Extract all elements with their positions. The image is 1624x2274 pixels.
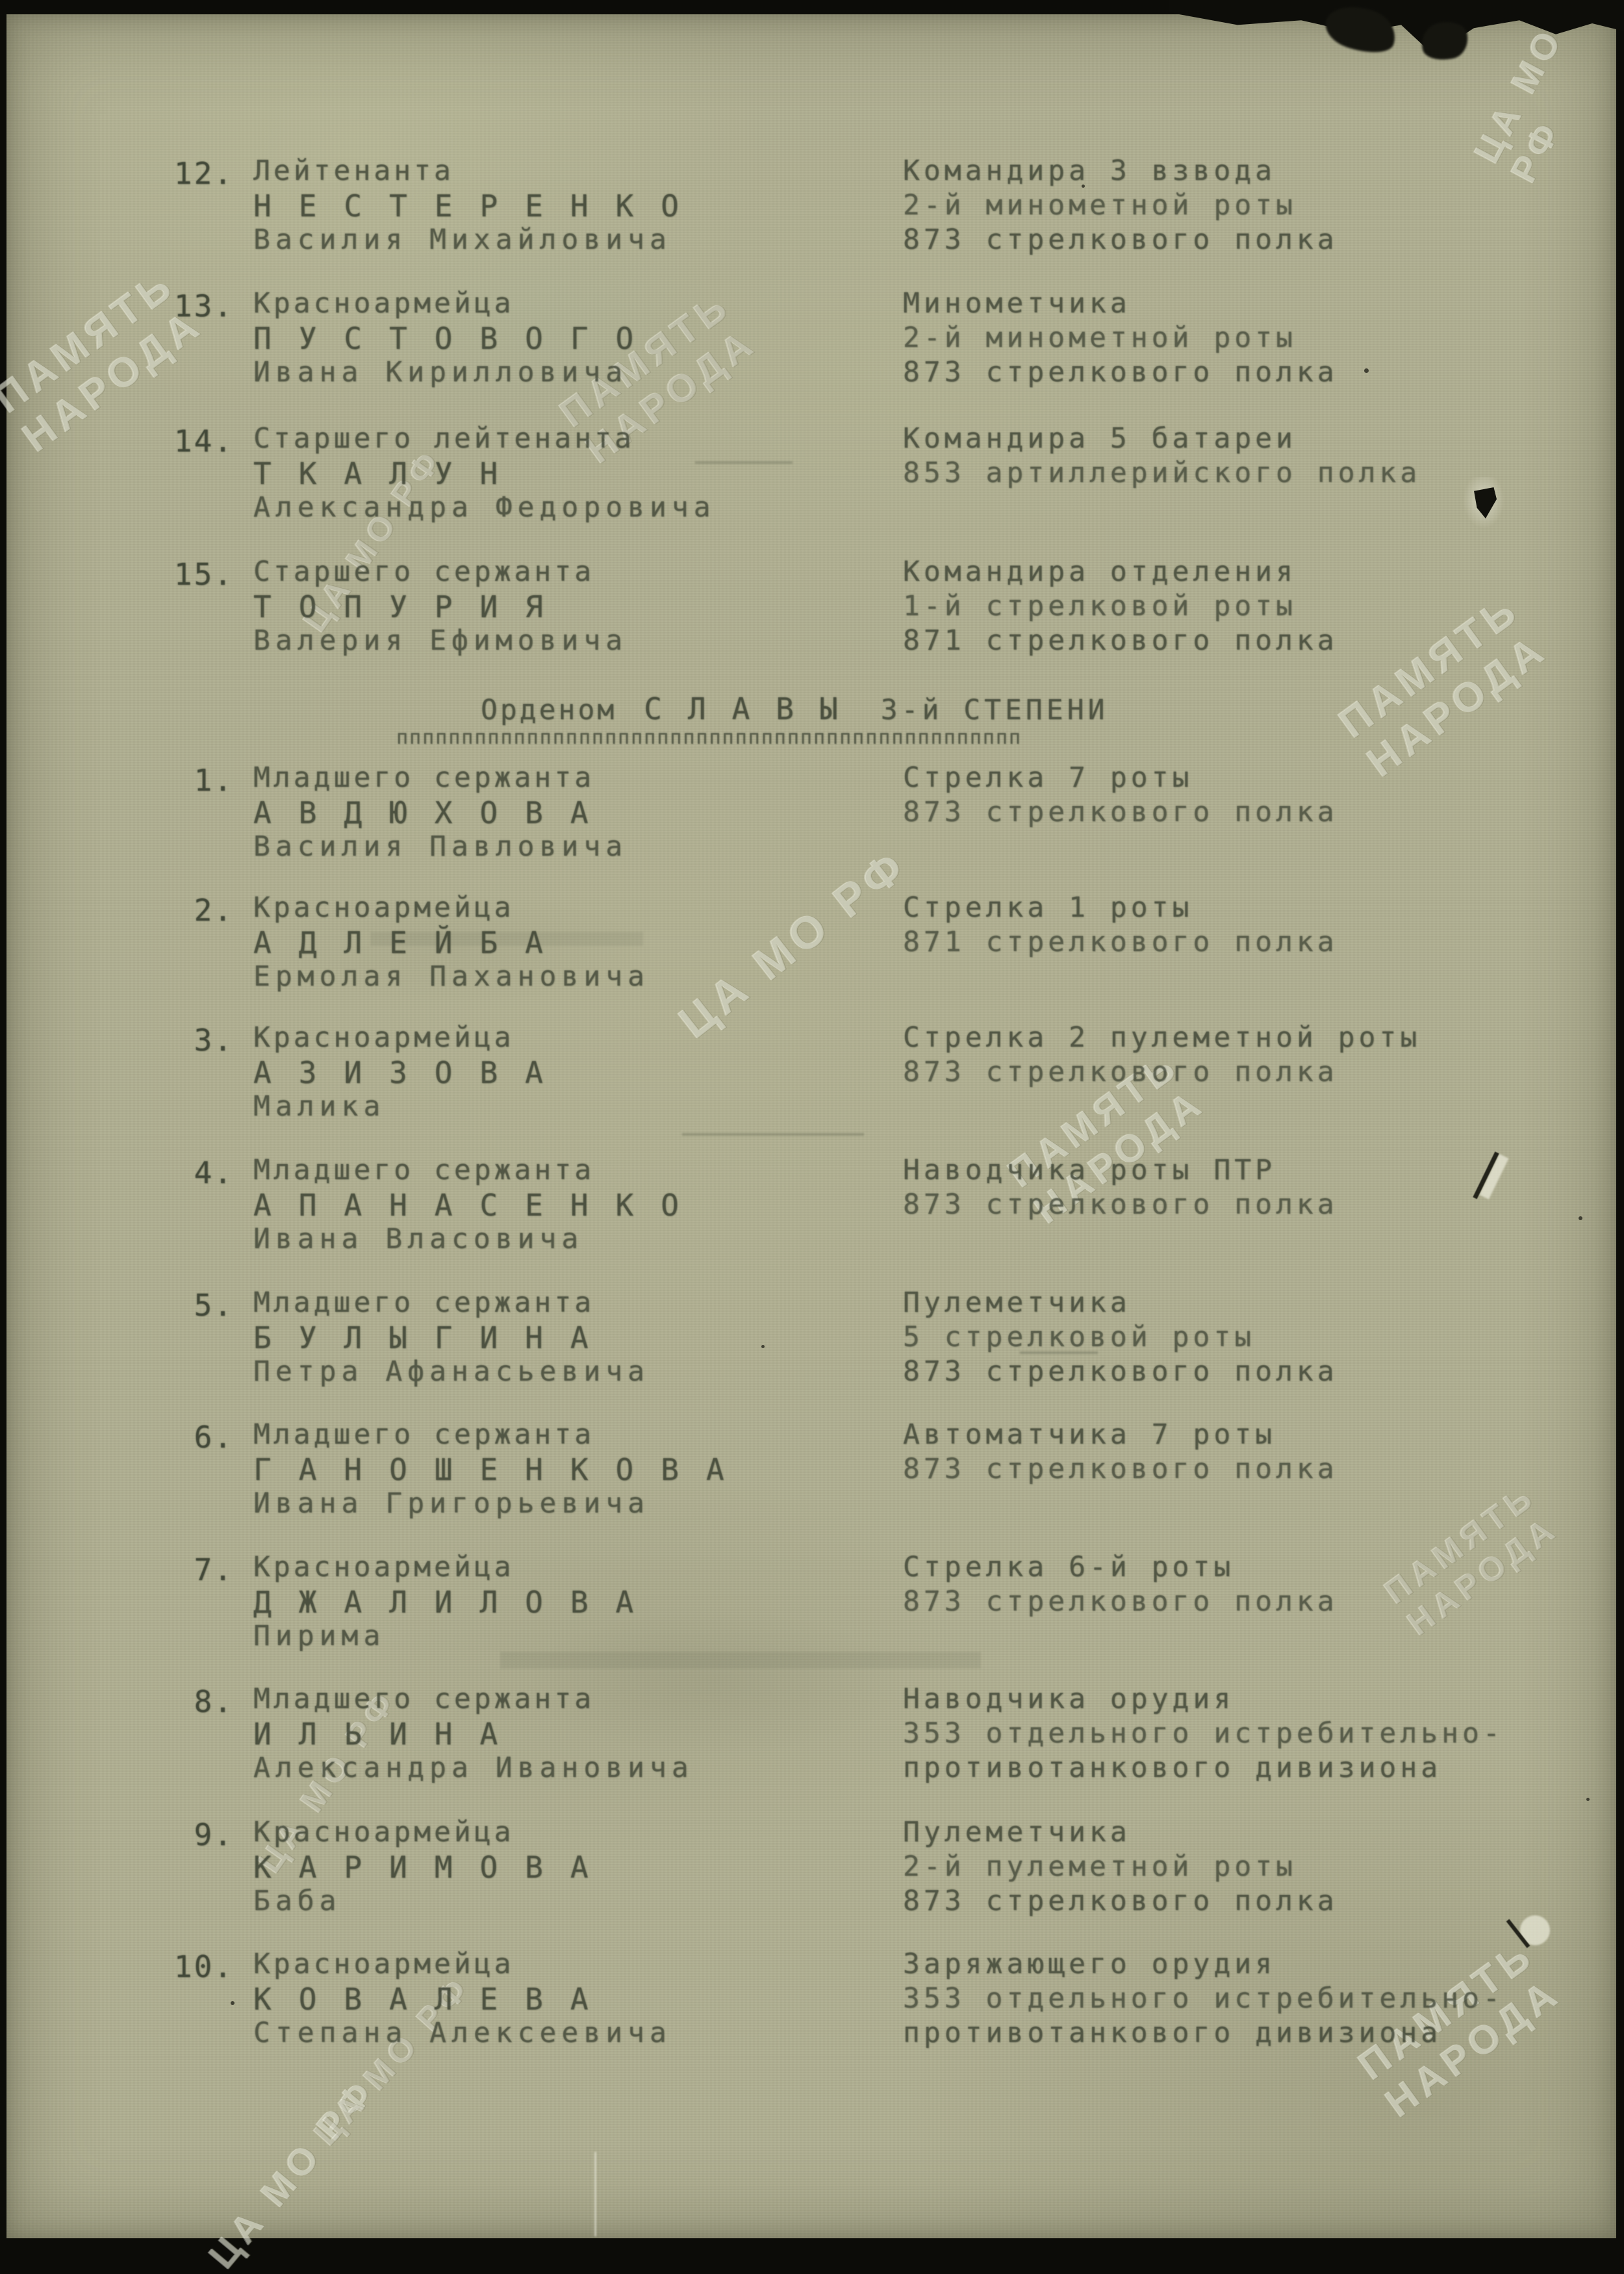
entry-rank: Младшего сержанта <box>253 761 628 795</box>
entry-position: Автоматчика 7 роты873 стрелкового полка <box>903 1418 1338 1487</box>
entry-recipient: Старшего сержанта ТОПУРИЯ Валерия Ефимов… <box>253 556 628 657</box>
entry-number: 7. <box>110 1552 234 1587</box>
award-entry: 1. Младшего сержанта АВДЮХОВА Василия Па… <box>6 761 1614 891</box>
position-line: Автоматчика 7 роты <box>903 1418 1338 1453</box>
entry-given-patronymic: Пирима <box>253 1620 661 1652</box>
position-line: 873 стрелкового полка <box>903 1453 1338 1487</box>
scanned-document: ЦА МО РФ ПАМЯТЬ НАРОДА ПАМЯТЬ НАРОДА ЦА … <box>0 0 1624 2274</box>
entry-given-patronymic: Петра Афанасьевича <box>253 1355 650 1388</box>
entry-number: 13. <box>110 288 234 324</box>
entry-given-patronymic: Ермолая Пахановича <box>253 960 650 993</box>
position-line: 353 отдельного истребительно- <box>903 1982 1504 2017</box>
paper-crease <box>594 2152 596 2236</box>
award-entry: 8. Младшего сержанта ИЛЬИНА Александра И… <box>6 1683 1614 1813</box>
entry-surname: НЕСТЕРЕНКО <box>253 188 706 224</box>
entry-recipient: Лейтенанта НЕСТЕРЕНКО Василия Михайлович… <box>253 155 706 256</box>
entry-number: 6. <box>110 1420 234 1455</box>
entry-position: Командира отделения1-й стрелковой роты87… <box>903 556 1338 659</box>
entry-position: Заряжающего орудия353 отдельного истреби… <box>903 1948 1504 2051</box>
position-line: 871 стрелкового полка <box>903 624 1338 659</box>
entry-rank: Красноармейца <box>253 1551 661 1585</box>
entry-rank: Красноармейца <box>253 891 650 925</box>
position-line: 873 стрелкового полка <box>903 1585 1338 1620</box>
position-line: Стрелка 7 роты <box>903 761 1338 796</box>
position-line: 853 артиллерийского полка <box>903 457 1421 491</box>
position-line: 1-й стрелковой роты <box>903 590 1338 624</box>
position-line: Командира отделения <box>903 556 1338 590</box>
entry-given-patronymic: Степана Алексеевича <box>253 2017 672 2049</box>
position-line: 873 стрелкового полка <box>903 1885 1338 1919</box>
watermark-archive: ЦА МО РФ <box>201 2070 385 2274</box>
award-entry: 4. Младшего сержанта АПАНАСЕНКО Ивана Вл… <box>6 1154 1614 1284</box>
entry-position: Пулеметчика5 стрелковой роты873 стрелков… <box>903 1286 1338 1390</box>
entry-rank: Старшего сержанта <box>253 556 628 589</box>
position-line: Заряжающего орудия <box>903 1948 1504 1982</box>
entry-recipient: Младшего сержанта АВДЮХОВА Василия Павло… <box>253 761 628 863</box>
entry-surname: АВДЮХОВА <box>253 795 628 830</box>
entry-given-patronymic: Александра Ивановича <box>253 1752 694 1784</box>
award-entry: 13. Красноармейца ПУСТОВОГО Ивана Кирилл… <box>6 287 1614 417</box>
entry-surname: ТОПУРИЯ <box>253 589 628 624</box>
entry-given-patronymic: Ивана Григорьевича <box>253 1487 752 1520</box>
entry-number: 9. <box>110 1817 234 1852</box>
document-page: ЦА МО РФ ПАМЯТЬ НАРОДА ПАМЯТЬ НАРОДА ЦА … <box>6 14 1616 2238</box>
entry-surname: ДЖАЛИЛОВА <box>253 1585 661 1620</box>
entry-given-patronymic: Василия Михайловича <box>253 224 706 256</box>
entry-number: 3. <box>110 1023 234 1058</box>
entry-position: Стрелка 7 роты873 стрелкового полка <box>903 761 1338 830</box>
award-header-underline: пппппппппппппппппппппппппппппппппппппппп… <box>396 726 1022 749</box>
position-line: Командира 3 взвода <box>903 155 1338 189</box>
entry-rank: Красноармейца <box>253 1816 616 1850</box>
position-line: Пулеметчика <box>903 1286 1338 1321</box>
entry-rank: Красноармейца <box>253 287 661 321</box>
position-line: 873 стрелкового полка <box>903 1056 1421 1090</box>
award-entry: 9. Красноармейца КАРИМОВА Баба Пулеметчи… <box>6 1816 1614 1946</box>
entry-number: 5. <box>110 1288 234 1323</box>
position-line: Стрелка 2 пулеметной роты <box>903 1021 1421 1056</box>
award-entry: 12. Лейтенанта НЕСТЕРЕНКО Василия Михайл… <box>6 155 1614 285</box>
entry-rank: Младшего сержанта <box>253 1418 752 1452</box>
entry-position: Стрелка 2 пулеметной роты873 стрелкового… <box>903 1021 1421 1090</box>
entry-number: 2. <box>110 893 234 928</box>
award-header-name: СЛАВЫ <box>644 691 863 726</box>
entry-given-patronymic: Ивана Власовича <box>253 1223 706 1255</box>
entry-surname: КАРИМОВА <box>253 1850 616 1885</box>
entry-given-patronymic: Баба <box>253 1885 616 1917</box>
entry-surname: АПАНАСЕНКО <box>253 1188 706 1223</box>
award-entry: 15. Старшего сержанта ТОПУРИЯ Валерия Еф… <box>6 556 1614 685</box>
award-entry: 5. Младшего сержанта БУЛЫГИНА Петра Афан… <box>6 1286 1614 1416</box>
position-line: 873 стрелкового полка <box>903 1188 1338 1223</box>
entry-given-patronymic: Валерия Ефимовича <box>253 624 628 657</box>
position-line: Стрелка 6-й роты <box>903 1551 1338 1585</box>
entry-position: Наводчика орудия353 отдельного истребите… <box>903 1683 1504 1786</box>
position-line: 873 стрелкового полка <box>903 224 1338 258</box>
entry-recipient: Красноармейца ПУСТОВОГО Ивана Кириллович… <box>253 287 661 389</box>
entry-surname: ГАНОШЕНКОВА <box>253 1452 752 1487</box>
entry-surname: КОВАЛЕВА <box>253 1982 672 2017</box>
entry-position: Наводчика роты ПТР873 стрелкового полка <box>903 1154 1338 1223</box>
position-line: Наводчика роты ПТР <box>903 1154 1338 1188</box>
position-line: 2-й пулеметной роты <box>903 1850 1338 1885</box>
position-line: 871 стрелкового полка <box>903 926 1338 960</box>
entry-rank: Младшего сержанта <box>253 1154 706 1188</box>
entry-surname: БУЛЫГИНА <box>253 1320 650 1355</box>
entry-surname: ТКАЛУН <box>253 456 716 491</box>
entry-recipient: Красноармейца ДЖАЛИЛОВА Пирима <box>253 1551 661 1652</box>
position-line: противотанкового дивизиона <box>903 1752 1504 1786</box>
position-line: Минометчика <box>903 287 1338 322</box>
position-line: Наводчика орудия <box>903 1683 1504 1717</box>
entry-number: 14. <box>110 424 234 459</box>
entry-recipient: Старшего лейтенанта ТКАЛУН Александра Фе… <box>253 422 716 524</box>
entry-rank: Красноармейца <box>253 1021 570 1055</box>
entry-number: 4. <box>110 1155 234 1190</box>
entry-surname: ПУСТОВОГО <box>253 321 661 356</box>
entry-number: 1. <box>110 763 234 798</box>
entry-number: 10. <box>110 1949 234 1984</box>
entry-number: 8. <box>110 1684 234 1719</box>
position-line: 873 стрелкового полка <box>903 796 1338 830</box>
award-section-header: Орденом СЛАВЫ 3-й СТЕПЕНИ <box>481 691 1108 726</box>
position-line: 873 стрелкового полка <box>903 1355 1338 1390</box>
award-header-degree: 3-й СТЕПЕНИ <box>881 694 1109 726</box>
entry-recipient: Красноармейца АЗИЗОВА Малика <box>253 1021 570 1123</box>
entry-given-patronymic: Александра Федоровича <box>253 491 716 524</box>
entry-recipient: Красноармейца КОВАЛЕВА Степана Алексееви… <box>253 1948 672 2049</box>
entry-rank: Лейтенанта <box>253 155 706 188</box>
position-line: 2-й минометной роты <box>903 189 1338 224</box>
position-line: Пулеметчика <box>903 1816 1338 1850</box>
entry-position: Командира 3 взвода2-й минометной роты873… <box>903 155 1338 258</box>
entry-given-patronymic: Василия Павловича <box>253 830 628 863</box>
entry-recipient: Младшего сержанта БУЛЫГИНА Петра Афанась… <box>253 1286 650 1388</box>
entry-recipient: Красноармейца АДЛЕЙБА Ермолая Пахановича <box>253 891 650 993</box>
award-entry: 14. Старшего лейтенанта ТКАЛУН Александр… <box>6 422 1614 552</box>
entry-position: Командира 5 батареи853 артиллерийского п… <box>903 422 1421 491</box>
award-entry: 6. Младшего сержанта ГАНОШЕНКОВА Ивана Г… <box>6 1418 1614 1548</box>
entry-recipient: Младшего сержанта ГАНОШЕНКОВА Ивана Григ… <box>253 1418 752 1520</box>
position-line: Стрелка 1 роты <box>903 891 1338 926</box>
entry-rank: Старшего лейтенанта <box>253 422 716 456</box>
entry-recipient: Младшего сержанта АПАНАСЕНКО Ивана Власо… <box>253 1154 706 1255</box>
entry-position: Минометчика2-й минометной роты873 стрелк… <box>903 287 1338 390</box>
entry-surname: АДЛЕЙБА <box>253 925 650 960</box>
entry-given-patronymic: Ивана Кирилловича <box>253 356 661 389</box>
position-line: Командира 5 батареи <box>903 422 1421 457</box>
position-line: 873 стрелкового полка <box>903 356 1338 390</box>
entry-given-patronymic: Малика <box>253 1090 570 1123</box>
entry-surname: АЗИЗОВА <box>253 1055 570 1090</box>
entry-rank: Младшего сержанта <box>253 1286 650 1320</box>
position-line: 353 отдельного истребительно- <box>903 1717 1504 1752</box>
award-entry: 3. Красноармейца АЗИЗОВА Малика Стрелка … <box>6 1021 1614 1151</box>
entry-number: 15. <box>110 557 234 592</box>
award-header-prefix: Орденом <box>481 694 616 726</box>
entry-number: 12. <box>110 156 234 191</box>
award-entry: 10. Красноармейца КОВАЛЕВА Степана Алекс… <box>6 1948 1614 2078</box>
position-line: 2-й минометной роты <box>903 322 1338 356</box>
entry-position: Стрелка 6-й роты873 стрелкового полка <box>903 1551 1338 1620</box>
award-entry: 2. Красноармейца АДЛЕЙБА Ермолая Паханов… <box>6 891 1614 1021</box>
entry-position: Пулеметчика2-й пулеметной роты873 стрелк… <box>903 1816 1338 1919</box>
award-entry: 7. Красноармейца ДЖАЛИЛОВА Пирима Стрелк… <box>6 1551 1614 1681</box>
entry-position: Стрелка 1 роты871 стрелкового полка <box>903 891 1338 960</box>
entry-rank: Младшего сержанта <box>253 1683 694 1717</box>
position-line: 5 стрелковой роты <box>903 1321 1338 1355</box>
entry-surname: ИЛЬИНА <box>253 1717 694 1752</box>
entry-recipient: Младшего сержанта ИЛЬИНА Александра Иван… <box>253 1683 694 1784</box>
entry-rank: Красноармейца <box>253 1948 672 1982</box>
position-line: противотанкового дивизиона <box>903 2017 1504 2051</box>
entry-recipient: Красноармейца КАРИМОВА Баба <box>253 1816 616 1917</box>
